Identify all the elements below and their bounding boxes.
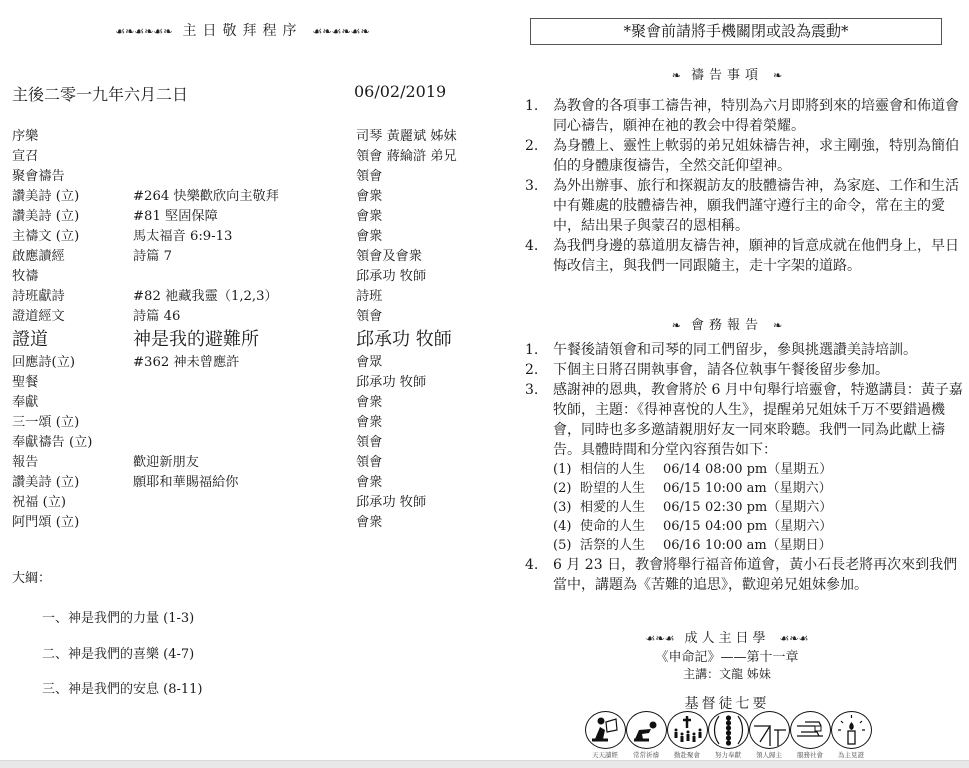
- ornament-icon: ❧: [773, 319, 782, 332]
- essential-item: 領人歸主: [748, 711, 790, 759]
- program-list: 序樂司琴 黃麗斌 姊妹 宣召領會 蔣綸滸 弟兄 聚會禱告領會 讚美詩 (立)#2…: [12, 127, 482, 533]
- prayer-item: 2.為身體上、靈性上軟弱的弟兄姐妹禱告神，求主剛強，特別為簡伯伯的身體康復禱告，…: [525, 136, 965, 176]
- program-row: 詩班獻詩#82 祂藏我靈（1,2,3）詩班: [12, 287, 482, 307]
- program-content: #81 堅固保障: [133, 207, 218, 227]
- program-leader: 會衆: [356, 393, 382, 413]
- program-content: #264 快樂歡欣向主敬拜: [133, 187, 279, 207]
- witness-icon: [831, 711, 872, 749]
- prayer-section-title: ❧禱告事項❧: [485, 64, 969, 83]
- schedule-no: (1): [553, 460, 571, 479]
- schedule-topic: 使命的人生: [580, 517, 645, 536]
- program-item: 序樂: [12, 127, 38, 147]
- essential-item: 努力奉獻: [707, 711, 749, 759]
- program-content: 歡迎新朋友: [133, 453, 199, 473]
- program-leader: 邱承功 牧師: [356, 327, 452, 353]
- seven-essentials-icons: 天天讀經 常常祈禱 勤赴聚會 努力奉獻 領人歸主: [584, 711, 874, 761]
- program-leader: 領會 蔣綸滸 弟兄: [356, 147, 457, 167]
- program-row: 證道經文詩篇 46領會: [12, 307, 482, 327]
- essential-label: 努力奉獻: [707, 750, 749, 759]
- program-leader: 邱承功 牧師: [356, 493, 426, 513]
- sunday-school-block: ☙❧☙成人主日學☙❧☙ 《申命記》——第十一章 主講：文龍 姊妹: [485, 627, 969, 684]
- report-item: 3.感謝神的恩典，教會將於 6 月中旬舉行培靈會，特邀講員：黃子嘉牧師，主題：《…: [525, 380, 965, 460]
- date-numeric: 06/02/2019: [354, 82, 446, 101]
- item-number: 2.: [525, 136, 538, 156]
- sunday-school-title: 成人主日學: [684, 631, 769, 646]
- schedule-topic: 盼望的人生: [580, 479, 645, 498]
- ornament-icon: ☙❧☙❧☙❧: [115, 25, 172, 38]
- schedule-topic: 活祭的人生: [580, 536, 645, 555]
- schedule-date: 06/15: [663, 479, 700, 498]
- program-item: 啟應讀經: [12, 247, 65, 267]
- schedule-no: (4): [553, 517, 571, 536]
- schedule-topic: 相信的人生: [580, 460, 645, 479]
- ornament-icon: ❧: [773, 69, 782, 82]
- ornament-icon: ❧: [672, 319, 681, 332]
- program-item: 宣召: [12, 147, 38, 167]
- program-row: 牧禱邱承功 牧師: [12, 267, 482, 287]
- program-leader: 領會: [356, 453, 382, 473]
- program-content: 願耶和華賜福給你: [133, 473, 239, 493]
- program-item: 詩班獻詩: [12, 287, 65, 307]
- schedule-row: (5)活祭的人生06/1610:00 am（星期日）: [553, 536, 965, 555]
- schedule-no: (5): [553, 536, 571, 555]
- program-leader: 會衆: [356, 207, 382, 227]
- program-leader: 會衆: [356, 473, 382, 493]
- reading-icon: [585, 711, 626, 749]
- ornament-icon: ☙❧☙❧☙❧: [313, 25, 370, 38]
- program-row: 聖餐邱承功 牧師: [12, 373, 482, 393]
- schedule-row: (3)相愛的人生06/1502:30 pm（星期六）: [553, 498, 965, 517]
- item-text: 為我們身邊的慕道朋友禱告神，願神的旨意成就在他們身上，早日悔改信主，與我們一同跟…: [553, 238, 959, 274]
- report-list: 1.午餐後請領會和司琴的同工們留步，參與挑選讚美詩培訓。 2.下個主日將召開執事…: [525, 340, 965, 595]
- program-item: 回應詩(立): [12, 353, 75, 373]
- program-item: 聚會禱告: [12, 167, 65, 187]
- item-text: 為外出辦事、旅行和探親訪友的肢體禱告神，為家庭、工作和生活中有難處的肢體禱告神，…: [553, 178, 959, 234]
- prayer-list: 1.為教會的各項事工禱告神，特別為六月即將到來的培靈會和佈道會同心禱告，願神在祂…: [525, 96, 965, 276]
- announcements-page: *聚會前請將手機關閉或設為震動* ❧禱告事項❧ 1.為教會的各項事工禱告神，特別…: [485, 0, 969, 760]
- sunday-school-book: 《申命記》——第十一章: [485, 646, 969, 665]
- program-item: 證道: [12, 327, 48, 353]
- program-item: 讚美詩 (立): [12, 207, 79, 227]
- program-leader: 會衆: [356, 227, 382, 247]
- report-section-title: ❧會務報告❧: [485, 314, 969, 333]
- program-leader: 邱承功 牧師: [356, 373, 426, 393]
- program-title-row: ☙❧☙❧☙❧主日敬拜程序☙❧☙❧☙❧: [0, 20, 485, 40]
- item-number: 3.: [525, 380, 538, 400]
- sermon-row: 證道神是我的避難所邱承功 牧師: [12, 327, 482, 353]
- prayer-title: 禱告事項: [691, 68, 763, 83]
- essential-label: 領人歸主: [748, 750, 790, 759]
- program-row: 三一頌 (立)會衆: [12, 413, 482, 433]
- seven-essentials-title: 基督徒七要: [485, 693, 969, 713]
- program-leader: 領會: [356, 433, 382, 453]
- program-item: 報告: [12, 453, 38, 473]
- program-row: 奉獻會衆: [12, 393, 482, 413]
- program-row: 讚美詩 (立)#264 快樂歡欣向主敬拜會衆: [12, 187, 482, 207]
- program-item: 讚美詩 (立): [12, 187, 79, 207]
- outline-item: 三、神是我們的安息 (8-11): [42, 678, 202, 697]
- item-text: 6 月 23 日，教會將舉行福音佈道會，黃小石長老將再次來到我們當中，講題為《苦…: [553, 557, 957, 593]
- outline-item: 一、神是我們的力量 (1-3): [42, 607, 194, 626]
- offering-icon: [708, 711, 749, 749]
- program-item: 阿門頌 (立): [12, 513, 79, 533]
- report-item: 1.午餐後請領會和司琴的同工們留步，參與挑選讚美詩培訓。: [525, 340, 965, 360]
- item-number: 1.: [525, 340, 538, 360]
- evangelism-icon: [749, 711, 790, 749]
- essential-label: 服務社會: [789, 750, 831, 759]
- item-text: 下個主日將召開執事會，請各位執事午餐後留步參加。: [553, 362, 889, 378]
- program-row: 序樂司琴 黃麗斌 姊妹: [12, 127, 482, 147]
- program-row: 祝福 (立)邱承功 牧師: [12, 493, 482, 513]
- praying-icon: [626, 711, 667, 749]
- program-item: 牧禱: [12, 267, 38, 287]
- schedule-row: (4)使命的人生06/1504:00 pm（星期六）: [553, 517, 965, 536]
- schedule-date: 06/15: [663, 517, 700, 536]
- program-row: 報告歡迎新朋友領會: [12, 453, 482, 473]
- program-content: 詩篇 46: [133, 307, 180, 327]
- program-leader: 領會: [356, 307, 382, 327]
- schedule-time: 04:00 pm（星期六）: [705, 517, 832, 536]
- essential-item: 為主見證: [830, 711, 872, 759]
- program-item: 奉獻: [12, 393, 38, 413]
- schedule-list: (1)相信的人生06/1408:00 pm（星期五） (2)盼望的人生06/15…: [525, 460, 965, 555]
- program-leader: 會眾: [356, 353, 382, 373]
- essential-label: 常常祈禱: [625, 750, 667, 759]
- item-number: 4.: [525, 236, 538, 256]
- program-content: #82 祂藏我靈（1,2,3）: [133, 287, 278, 307]
- ornament-icon: ☙❧☙: [646, 632, 675, 645]
- phone-notice-box: *聚會前請將手機關閉或設為震動*: [530, 18, 942, 45]
- program-leader: 會衆: [356, 513, 382, 533]
- outline-item: 二、神是我們的喜樂 (4-7): [42, 643, 194, 662]
- program-row: 讚美詩 (立)願耶和華賜福給你會衆: [12, 473, 482, 493]
- program-content: 詩篇 7: [133, 247, 172, 267]
- service-icon: [790, 711, 831, 749]
- schedule-date: 06/16: [663, 536, 700, 555]
- date-chinese: 主後二零一九年六月二日: [12, 82, 188, 105]
- schedule-row: (1)相信的人生06/1408:00 pm（星期五）: [553, 460, 965, 479]
- item-text: 午餐後請領會和司琴的同工們留步，參與挑選讚美詩培訓。: [553, 342, 917, 358]
- schedule-no: (3): [553, 498, 571, 517]
- item-number: 1.: [525, 96, 538, 116]
- ornament-icon: ❧: [672, 69, 681, 82]
- program-item: 三一頌 (立): [12, 413, 79, 433]
- program-leader: 司琴 黃麗斌 姊妹: [356, 127, 457, 147]
- schedule-no: (2): [553, 479, 571, 498]
- program-row: 阿門頌 (立)會衆: [12, 513, 482, 533]
- schedule-time: 10:00 am（星期六）: [705, 479, 832, 498]
- essential-label: 為主見證: [830, 750, 872, 759]
- schedule-date: 06/15: [663, 498, 700, 517]
- program-content: 馬太福音 6:9-13: [133, 227, 232, 247]
- report-item: 4.6 月 23 日，教會將舉行福音佈道會，黃小石長老將再次來到我們當中，講題為…: [525, 555, 965, 595]
- program-item: 祝福 (立): [12, 493, 66, 513]
- program-leader: 領會: [356, 167, 382, 187]
- program-item: 讚美詩 (立): [12, 473, 79, 493]
- program-item: 證道經文: [12, 307, 65, 327]
- item-text: 為教會的各項事工禱告神，特別為六月即將到來的培靈會和佈道會同心禱告，願神在祂的教…: [553, 98, 959, 134]
- schedule-time: 10:00 am（星期日）: [705, 536, 832, 555]
- schedule-topic: 相愛的人生: [580, 498, 645, 517]
- schedule-time: 02:30 pm（星期六）: [705, 498, 832, 517]
- program-title: 主日敬拜程序: [183, 23, 303, 39]
- program-leader: 領會及會衆: [356, 247, 422, 267]
- program-row: 奉獻禱告 (立)領會: [12, 433, 482, 453]
- program-leader: 會衆: [356, 187, 382, 207]
- program-leader: 邱承功 牧師: [356, 267, 426, 287]
- program-row: 啟應讀經詩篇 7領會及會衆: [12, 247, 482, 267]
- essential-item: 常常祈禱: [625, 711, 667, 759]
- program-row: 主禱文 (立)馬太福音 6:9-13會衆: [12, 227, 482, 247]
- item-text: 感謝神的恩典，教會將於 6 月中旬舉行培靈會，特邀講員：黃子嘉牧師，主題：《得神…: [553, 382, 963, 458]
- essential-item: 服務社會: [789, 711, 831, 759]
- essential-label: 勤赴聚會: [666, 750, 708, 759]
- program-row: 聚會禱告領會: [12, 167, 482, 187]
- program-row: 宣召領會 蔣綸滸 弟兄: [12, 147, 482, 167]
- program-leader: 詩班: [356, 287, 382, 307]
- program-row: 讚美詩 (立)#81 堅固保障會衆: [12, 207, 482, 227]
- worship-program-page: ☙❧☙❧☙❧主日敬拜程序☙❧☙❧☙❧ 主後二零一九年六月二日 06/02/201…: [0, 0, 485, 760]
- schedule-row: (2)盼望的人生06/1510:00 am（星期六）: [553, 479, 965, 498]
- bottom-edge: [0, 760, 969, 768]
- item-number: 4.: [525, 555, 538, 575]
- program-row: 回應詩(立)#362 神未曾應許會眾: [12, 353, 482, 373]
- program-item: 主禱文 (立): [12, 227, 79, 247]
- report-item: 2.下個主日將召開執事會，請各位執事午餐後留步參加。: [525, 360, 965, 380]
- item-text: 為身體上、靈性上軟弱的弟兄姐妹禱告神，求主剛強，特別為簡伯伯的身體康復禱告，全然…: [553, 138, 959, 174]
- program-content: #362 神未曾應許: [133, 353, 239, 373]
- outline-label: 大綱：: [12, 567, 51, 586]
- program-item: 聖餐: [12, 373, 38, 393]
- item-number: 2.: [525, 360, 538, 380]
- ornament-icon: ☙❧☙: [780, 632, 809, 645]
- sermon-title: 神是我的避難所: [133, 327, 259, 353]
- program-item: 奉獻禱告 (立): [12, 433, 92, 453]
- sunday-school-title-row: ☙❧☙成人主日學☙❧☙: [485, 627, 969, 646]
- report-title: 會務報告: [691, 318, 763, 333]
- gathering-icon: [667, 711, 708, 749]
- schedule-time: 08:00 pm（星期五）: [705, 460, 832, 479]
- item-number: 3.: [525, 176, 538, 196]
- prayer-item: 3.為外出辦事、旅行和探親訪友的肢體禱告神，為家庭、工作和生活中有難處的肢體禱告…: [525, 176, 965, 236]
- essential-item: 勤赴聚會: [666, 711, 708, 759]
- essential-label: 天天讀經: [584, 750, 626, 759]
- program-leader: 會衆: [356, 413, 382, 433]
- prayer-item: 1.為教會的各項事工禱告神，特別為六月即將到來的培靈會和佈道會同心禱告，願神在祂…: [525, 96, 965, 136]
- schedule-date: 06/14: [663, 460, 700, 479]
- essential-item: 天天讀經: [584, 711, 626, 759]
- sunday-school-speaker: 主講：文龍 姊妹: [485, 665, 969, 684]
- prayer-item: 4.為我們身邊的慕道朋友禱告神，願神的旨意成就在他們身上，早日悔改信主，與我們一…: [525, 236, 965, 276]
